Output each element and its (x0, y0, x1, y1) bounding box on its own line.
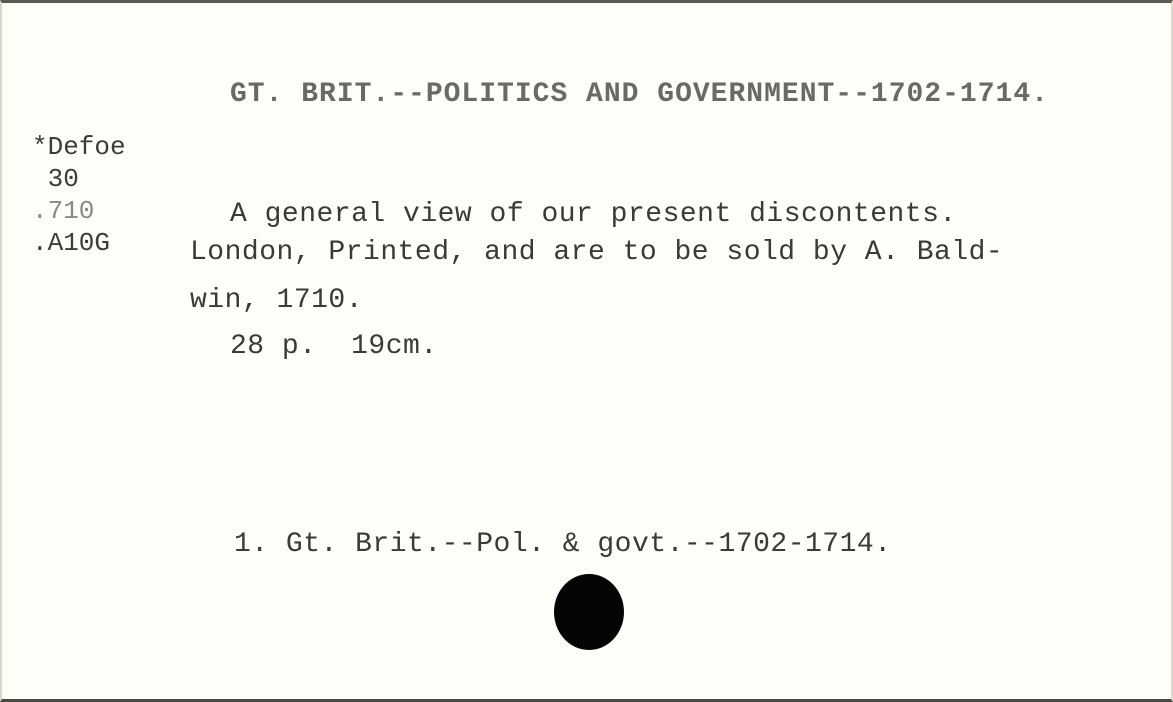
imprint-line-2: win, 1710. (190, 287, 363, 315)
call-number-line: *Defoe (32, 131, 126, 163)
collation: 28 p. 19cm. (230, 333, 438, 361)
call-number-line: 30 (32, 163, 126, 195)
call-number: *Defoe 30 .710 .A10G (32, 131, 126, 259)
title-statement: A general view of our present discontent… (230, 201, 957, 229)
subject-heading: GT. BRIT.--POLITICS AND GOVERNMENT--1702… (230, 81, 1049, 109)
catalog-card: GT. BRIT.--POLITICS AND GOVERNMENT--1702… (0, 0, 1173, 702)
subject-tracing: 1. Gt. Brit.--Pol. & govt.--1702-1714. (234, 531, 892, 559)
imprint-line-1: London, Printed, and are to be sold by A… (190, 239, 1003, 267)
call-number-line: .710 (32, 195, 126, 227)
punch-hole-icon (554, 574, 624, 650)
call-number-line: .A10G (32, 227, 126, 259)
